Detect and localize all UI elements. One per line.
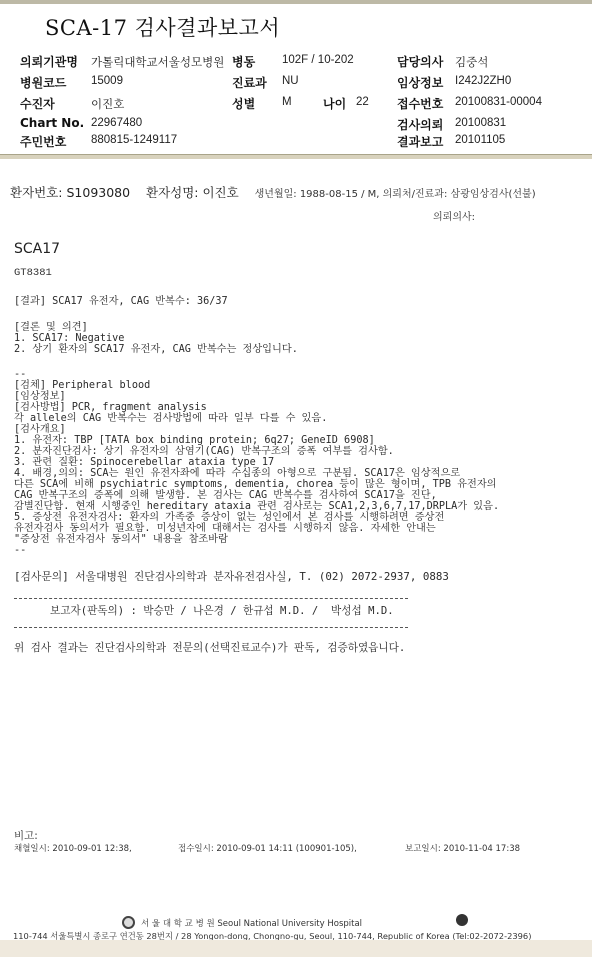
resident-no-label: 주민번호 bbox=[20, 133, 66, 150]
verification-statement: 위 검사 결과는 진단검사의학과 전문의(선택진료교수)가 판독, 검증하였읍니… bbox=[14, 643, 405, 654]
birth-info: 생년월일: 1988-08-15 / M, 의뢰처/진료과: 삼광임상검사(선불… bbox=[255, 189, 536, 200]
receipt-no-label: 접수번호 bbox=[397, 95, 443, 112]
referring-doctor: 의뢰의사: bbox=[433, 208, 475, 223]
sex-value: M bbox=[282, 96, 292, 108]
divider-top bbox=[14, 598, 408, 599]
result-report-value: 20101105 bbox=[455, 134, 505, 146]
test-request-label: 검사의뢰 bbox=[397, 116, 443, 133]
department-label: 진료과 bbox=[232, 74, 267, 91]
ward-value: 102F / 10-202 bbox=[282, 54, 354, 66]
overview-line: 5. 증상전 유전자검사: 환자의 가족중 증상이 없는 성인에서 본 검사를 … bbox=[14, 512, 444, 523]
method-note-line: 각 allele의 CAG 반복수는 검사방법에 따라 일부 다를 수 있음. bbox=[14, 413, 327, 424]
hospital-emblem-icon bbox=[122, 916, 135, 929]
hospital-name: 서 울 대 학 교 병 원 Seoul National University … bbox=[141, 917, 362, 929]
test-code: GT8381 bbox=[14, 267, 52, 279]
overview-heading: [검사개요] bbox=[14, 424, 66, 435]
chart-no-label: Chart No. bbox=[20, 116, 84, 130]
department-value: NU bbox=[282, 75, 299, 87]
age-label: 나이 bbox=[323, 95, 346, 112]
overview-line: 4. 배경,의의: SCA는 원인 유전자좌에 따라 수십종의 아형으로 구분됨… bbox=[14, 468, 460, 479]
patient-name: 환자성명: 이진호 bbox=[146, 185, 239, 200]
doctor-value: 김중석 bbox=[455, 54, 488, 70]
sex-label: 성별 bbox=[232, 95, 255, 112]
doctor-label: 담당의사 bbox=[397, 53, 443, 70]
institution-value: 가톨릭대학교서울성모병원 bbox=[91, 54, 224, 70]
ward-label: 병동 bbox=[232, 53, 255, 70]
age-value: 22 bbox=[356, 96, 369, 108]
patient-id: 환자번호: S1093080 bbox=[10, 185, 130, 200]
hospital-seal-icon bbox=[456, 914, 468, 926]
request-info-grid: 의뢰기관명 가톨릭대학교서울성모병원 병동 102F / 10-202 담당의사… bbox=[0, 0, 592, 150]
specimen-line: [검체] Peripheral blood bbox=[14, 380, 150, 391]
contact-line: [검사문의] 서울대병원 진단검사의학과 분자유전검사실, T. (02) 20… bbox=[14, 571, 449, 582]
clinical-info-line: [임상정보] bbox=[14, 391, 66, 402]
test-name: SCA17 bbox=[14, 241, 60, 257]
hospital-code-value: 15009 bbox=[91, 75, 123, 87]
method-line: -- bbox=[14, 545, 26, 556]
overview-line: 유전자검사 동의서가 필요함. 미성년자에 대해서는 검사를 시행하지 않음. … bbox=[14, 523, 436, 534]
test-request-value: 20100831 bbox=[455, 117, 506, 129]
conclusion-heading: [결론 및 의견] bbox=[14, 322, 88, 333]
method-line: -- bbox=[14, 369, 26, 380]
patient-label: 수진자 bbox=[20, 95, 55, 112]
remark-label: 비고: bbox=[14, 828, 38, 843]
reporters-line: 보고자(판독의) : 박승만 / 나은경 / 한규섭 M.D. / 박성섭 M.… bbox=[50, 606, 394, 617]
overview-line: 3. 관련 질환: Spinocerebellar ataxia type 17 bbox=[14, 457, 274, 468]
test-method-line: [검사방법] PCR, fragment analysis bbox=[14, 402, 207, 413]
hospital-code-label: 병원코드 bbox=[20, 74, 66, 91]
receipt-time: 접수일시: 2010-09-01 14:11 (100901-105), bbox=[178, 842, 357, 854]
overview-line: 감별진단함. 현재 시행중인 hereditary ataxia 관련 검사로는… bbox=[14, 501, 499, 512]
conclusion-line-1: 1. SCA17: Negative bbox=[14, 333, 124, 344]
overview-line: 2. 분자진단검사: 상기 유전자의 삼염기(CAG) 반복구조의 증폭 여부를… bbox=[14, 446, 394, 457]
conclusion-line-2: 2. 상기 환자의 SCA17 유전자, CAG 반복수는 정상입니다. bbox=[14, 344, 298, 355]
hospital-footer: 서 울 대 학 교 병 원 Seoul National University … bbox=[122, 916, 362, 929]
divider-bottom bbox=[14, 627, 408, 628]
overview-line: 1. 유전자: TBP [TATA box binding protein; 6… bbox=[14, 435, 375, 446]
overview-line: 다른 SCA에 비해 psychiatric symptoms, dementi… bbox=[14, 479, 497, 490]
patient-header: 환자번호: S1093080 환자성명: 이진호 생년월일: 1988-08-1… bbox=[10, 183, 536, 201]
institution-label: 의뢰기관명 bbox=[20, 53, 78, 70]
clinical-info-value: I242J2ZH0 bbox=[455, 75, 511, 87]
overview-line: CAG 반복구조의 증폭에 의해 발생함. 본 검사는 CAG 반복수를 검사하… bbox=[14, 490, 437, 501]
receipt-no-value: 20100831-00004 bbox=[455, 96, 542, 108]
clinical-info-label: 임상정보 bbox=[397, 74, 443, 91]
patient-value: 이진호 bbox=[91, 96, 124, 112]
overview-line: "증상전 유전자검사 동의서" 내용을 참조바람 bbox=[14, 534, 228, 545]
result-report-label: 결과보고 bbox=[397, 133, 443, 150]
report-time: 보고일시: 2010-11-04 17:38 bbox=[405, 842, 520, 854]
scanned-report: 환자번호: S1093080 환자성명: 이진호 생년월일: 1988-08-1… bbox=[0, 159, 592, 939]
chart-no-value: 22967480 bbox=[91, 117, 142, 129]
bottom-border bbox=[0, 940, 592, 957]
result-line: [결과] SCA17 유전자, CAG 반복수: 36/37 bbox=[14, 296, 228, 307]
resident-no-value: 880815-1249117 bbox=[91, 134, 177, 146]
collection-time: 채혈일시: 2010-09-01 12:38, bbox=[14, 842, 132, 854]
